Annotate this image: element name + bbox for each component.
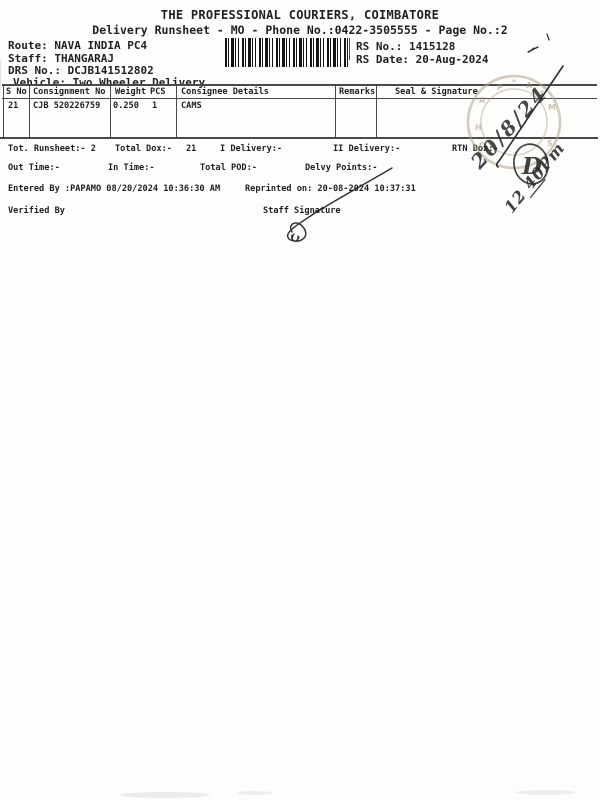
col-header-sno: S No [6,87,27,97]
out-time-label: Out Time:- [8,163,60,173]
reprinted-on: Reprinted on: 20-08-2024 10:37:31 [245,184,416,194]
ii-delivery-label: II Delivery:- [333,144,400,154]
table-top-border [2,84,597,86]
runsheet-label: Tot. Runsheet:- [8,144,86,154]
route-label: Route: [8,39,48,52]
meta-rs-date: RS Date: 20-Aug-2024 [356,53,488,66]
svg-text:*: * [540,89,545,98]
meta-route: Route: NAVA INDIA PC4 [8,39,147,52]
entered-by: Entered By :PAPAMO 08/20/2024 10:36:30 A… [8,184,220,194]
row-consignment-no: CJB 520226759 [33,101,100,111]
scan-smudge [515,790,575,795]
delvy-points-label: Delvy Points:- [305,163,377,173]
verified-by-label: Verified By [8,206,65,216]
col-header-seal: Seal & Signature [395,87,478,97]
meta-rs-no: RS No.: 1415128 [356,40,455,53]
svg-text:S: S [547,139,553,148]
col-header-remarks: Remarks [339,87,375,97]
total-dox-value: 21 [186,144,196,154]
stamp-date-handwriting: 20/8/24 [465,83,550,174]
table-vline [3,85,4,138]
time-note-handwriting: 12 40Pm [500,139,568,216]
rs-date-label: RS Date: [356,53,409,66]
route-value: NAVA INDIA PC4 [54,39,147,52]
row-sno: 21 [8,101,18,111]
row-consignee: CAMS [181,101,202,111]
runsheet-document: THE PROFESSIONAL COURIERS, COIMBATORE De… [0,0,600,800]
runsheet-value: 2 [91,144,96,154]
table-vline [29,85,30,138]
scan-edge-artifact [0,60,1,90]
doc-title: THE PROFESSIONAL COURIERS, COIMBATORE [161,8,439,22]
col-header-consignee: Consignee Details [181,87,269,97]
i-delivery-label: I Delivery:- [220,144,282,154]
barcode [225,38,348,67]
round-stamp: P*A *AM HOS [468,76,560,168]
doc-subtitle: Delivery Runsheet - MO - Phone No.:0422-… [92,23,507,37]
svg-text:20/8/24: 20/8/24 [465,83,550,174]
signature-scribble [288,168,392,241]
table-vline [335,85,336,138]
svg-text:M: M [548,103,556,112]
svg-text:12 40Pm: 12 40Pm [500,139,568,216]
scan-smudge [237,791,273,795]
rtn-dox-label: RTN Dox:- [452,144,499,154]
table-vline [176,85,177,138]
table-vline [110,85,111,138]
rs-no-label: RS No.: [356,40,402,53]
staff-signature-label: Staff Signature [263,206,341,216]
rs-no-value: 1415128 [409,40,455,53]
total-dox-label: Total Dox:- [115,144,172,154]
col-header-consignment: Consignment No [33,87,105,97]
table-header-border [2,98,597,99]
rs-date-value: 20-Aug-2024 [416,53,489,66]
svg-text:D: D [521,153,542,180]
circled-letter-handwriting: D [510,141,552,187]
table-vline [376,85,377,138]
row-pcs: 1 [152,101,157,111]
scan-smudge [120,792,210,798]
table-bottom-border [0,137,598,139]
svg-text:H: H [475,123,482,132]
row-weight: 0.250 [113,101,139,111]
total-pod-label: Total POD:- [200,163,257,173]
pen-slash-mark [497,34,563,167]
col-header-pcs: PCS [150,87,166,97]
totals-runsheet: Tot. Runsheet:- 2 [8,144,96,154]
barcode-divider-line [349,38,350,60]
col-header-weight: Weight [115,87,146,97]
annotations-overlay: P*A *AM HOS 20/8/24 D 12 40Pm [0,0,600,800]
in-time-label: In Time:- [108,163,155,173]
